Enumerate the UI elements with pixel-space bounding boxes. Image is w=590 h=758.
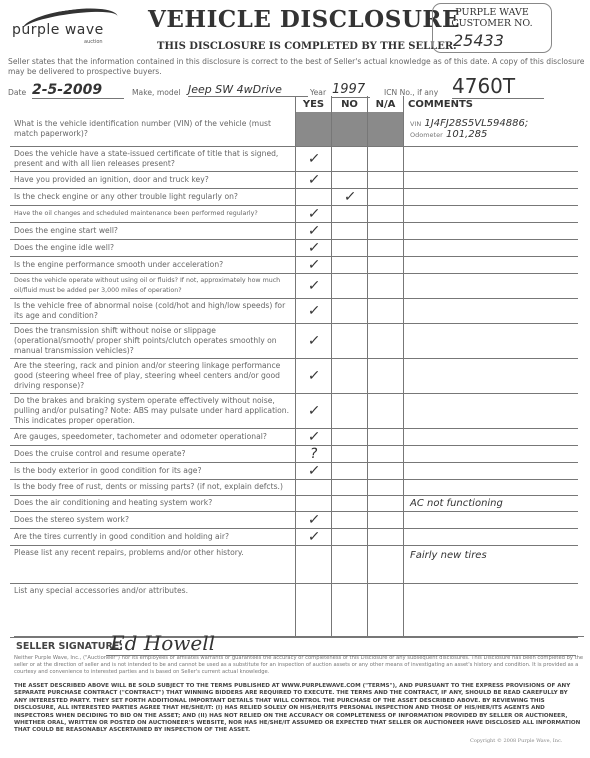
table-row: Have you provided an ignition, door and … — [10, 171, 578, 188]
answer-cell-na[interactable] — [368, 528, 404, 545]
make-model-field[interactable]: Jeep SW 4wDrive — [188, 83, 308, 97]
copyright: Copyright © 2008 Purple Wave, Inc. — [470, 738, 562, 744]
question-text: Is the engine performance smooth under a… — [10, 256, 296, 273]
comment-cell[interactable]: VIN 1J4FJ28S5VL594886;Odometer 101,285 — [404, 112, 579, 146]
question-text: Does the cruise control and resume opera… — [10, 445, 296, 462]
question-text: Please list any recent repairs, problems… — [10, 545, 296, 583]
answer-cell-na[interactable] — [368, 479, 404, 495]
answer-cell-no[interactable] — [332, 495, 368, 511]
answer-cell-yes[interactable] — [296, 495, 332, 511]
table-row: Does the air conditioning and heating sy… — [10, 495, 578, 511]
answer-cell-yes[interactable] — [296, 188, 332, 205]
comment-cell[interactable]: AC not functioning — [404, 495, 579, 511]
answer-cell-no[interactable] — [332, 545, 368, 583]
comment-cell[interactable] — [404, 298, 579, 323]
table-row: Is the body exterior in good condition f… — [10, 462, 578, 479]
answer-cell-yes[interactable]: ✓ — [296, 273, 332, 298]
answer-cell-na[interactable] — [368, 188, 404, 205]
question-text: Is the vehicle free of abnormal noise (c… — [10, 298, 296, 323]
answer-cell-na[interactable] — [368, 445, 404, 462]
question-text: Are the tires currently in good conditio… — [10, 528, 296, 545]
signature-label: SELLER SIGNATURE: — [16, 641, 123, 652]
check-mark-icon: ✓ — [307, 303, 321, 319]
answer-cell-yes[interactable] — [296, 479, 332, 495]
signature-field[interactable]: Ed Howell — [110, 631, 215, 655]
answer-cell-yes[interactable]: ✓ — [296, 171, 332, 188]
question-text: Does the engine idle well? — [10, 239, 296, 256]
answer-cell-yes[interactable]: ✓ — [296, 222, 332, 239]
answer-cell-yes[interactable] — [296, 112, 332, 146]
check-mark-icon: ✓ — [307, 429, 321, 445]
table-row: Does the stereo system work?✓ — [10, 511, 578, 528]
answer-cell-na[interactable] — [368, 146, 404, 171]
answer-cell-yes[interactable]: ✓ — [296, 205, 332, 222]
answer-cell-yes[interactable]: ✓ — [296, 323, 332, 358]
answer-cell-no[interactable]: ✓ — [332, 188, 368, 205]
answer-cell-no[interactable] — [332, 205, 368, 222]
question-text: Are the steering, rack and pinion and/or… — [10, 358, 296, 393]
header-yes: YES — [296, 96, 332, 112]
question-text: Is the body exterior in good condition f… — [10, 462, 296, 479]
check-mark-icon: ✓ — [307, 368, 321, 384]
answer-cell-na[interactable] — [368, 171, 404, 188]
customer-box-label-1: PURPLE WAVE — [433, 7, 551, 18]
comment-text: Fairly new tires — [410, 550, 487, 561]
comment-cell[interactable] — [404, 222, 579, 239]
answer-cell-yes[interactable] — [296, 545, 332, 583]
answer-cell-no[interactable] — [332, 146, 368, 171]
answer-cell-no[interactable] — [332, 583, 368, 637]
check-mark-icon: ✓ — [307, 172, 321, 188]
page-subtitle: THIS DISCLOSURE IS COMPLETED BY THE SELL… — [157, 41, 457, 52]
answer-cell-no[interactable] — [332, 171, 368, 188]
comment-cell[interactable] — [404, 358, 579, 393]
question-text: Have you provided an ignition, door and … — [10, 171, 296, 188]
answer-cell-yes[interactable]: ✓ — [296, 462, 332, 479]
odometer-field[interactable]: 101,285 — [446, 129, 487, 140]
comment-cell[interactable] — [404, 256, 579, 273]
question-text: Does the stereo system work? — [10, 511, 296, 528]
comment-cell[interactable] — [404, 323, 579, 358]
logo-subtext: auction — [84, 39, 103, 45]
answer-cell-no[interactable] — [332, 511, 368, 528]
comment-cell[interactable] — [404, 479, 579, 495]
table-row: What is the vehicle identification numbe… — [10, 112, 578, 146]
answer-cell-no[interactable] — [332, 239, 368, 256]
answer-cell-no[interactable] — [332, 112, 368, 146]
question-text: Does the engine start well? — [10, 222, 296, 239]
answer-cell-na[interactable] — [368, 222, 404, 239]
comment-cell[interactable] — [404, 583, 579, 637]
disclosure-table: YES NO N/A COMMENTS What is the vehicle … — [10, 96, 578, 638]
answer-cell-no[interactable] — [332, 358, 368, 393]
question-text: Does the transmission shift without nois… — [10, 323, 296, 358]
answer-cell-no[interactable] — [332, 222, 368, 239]
check-mark-icon: ✓ — [307, 529, 321, 545]
table-row: Is the vehicle free of abnormal noise (c… — [10, 298, 578, 323]
comment-cell[interactable] — [404, 171, 579, 188]
table-row: Have the oil changes and scheduled maint… — [10, 205, 578, 222]
table-row: Is the check engine or any other trouble… — [10, 188, 578, 205]
table-row: List any special accessories and/or attr… — [10, 583, 578, 637]
odometer-label: Odometer — [410, 131, 443, 139]
table-row: Does the engine start well?✓ — [10, 222, 578, 239]
answer-cell-na[interactable] — [368, 358, 404, 393]
answer-cell-yes[interactable]: ✓ — [296, 298, 332, 323]
answer-cell-yes[interactable]: ✓ — [296, 528, 332, 545]
answer-cell-no[interactable] — [332, 298, 368, 323]
table-row: Does the vehicle have a state-issued cer… — [10, 146, 578, 171]
customer-box-label-2: CUSTOMER NO. — [433, 18, 551, 29]
header-comments: COMMENTS — [404, 96, 579, 112]
answer-cell-na[interactable] — [368, 205, 404, 222]
answer-cell-yes[interactable]: ✓ — [296, 239, 332, 256]
customer-number-box: PURPLE WAVE CUSTOMER NO. 25433 — [432, 3, 552, 53]
comment-cell[interactable] — [404, 511, 579, 528]
table-row: Are the tires currently in good conditio… — [10, 528, 578, 545]
answer-cell-na[interactable] — [368, 545, 404, 583]
question-text: Do the brakes and braking system operate… — [10, 393, 296, 428]
comment-cell[interactable] — [404, 528, 579, 545]
comment-cell[interactable] — [404, 188, 579, 205]
answer-cell-na[interactable] — [368, 511, 404, 528]
terms-text: THE ASSET DESCRIBED ABOVE WILL BE SOLD S… — [14, 683, 582, 735]
comment-cell[interactable] — [404, 205, 579, 222]
table-row: Does the transmission shift without nois… — [10, 323, 578, 358]
table-row: Does the vehicle operate without using o… — [10, 273, 578, 298]
vin-field[interactable]: 1J4FJ28S5VL594886; — [424, 118, 528, 129]
answer-cell-yes[interactable]: ✓ — [296, 428, 332, 445]
purple-wave-logo: purple wave auction — [8, 8, 118, 48]
question-text: Does the vehicle have a state-issued cer… — [10, 146, 296, 171]
header-no: NO — [332, 96, 368, 112]
question-text: Have the oil changes and scheduled maint… — [10, 205, 296, 222]
customer-number-field[interactable]: 25433 — [453, 31, 504, 50]
answer-cell-no[interactable] — [332, 393, 368, 428]
answer-cell-na[interactable] — [368, 393, 404, 428]
answer-cell-yes[interactable]: ✓ — [296, 358, 332, 393]
table-row: Are the steering, rack and pinion and/or… — [10, 358, 578, 393]
table-row: Do the brakes and braking system operate… — [10, 393, 578, 428]
question-text: List any special accessories and/or attr… — [10, 583, 296, 637]
question-text: What is the vehicle identification numbe… — [10, 112, 296, 146]
answer-cell-yes[interactable]: ✓ — [296, 393, 332, 428]
answer-cell-na[interactable] — [368, 298, 404, 323]
answer-cell-na[interactable] — [368, 495, 404, 511]
disclaimer-text: Neither Purple Wave, Inc., ("Auctioneer"… — [14, 655, 584, 676]
answer-cell-no[interactable] — [332, 462, 368, 479]
vin-label: VIN — [410, 120, 421, 128]
answer-cell-no[interactable] — [332, 445, 368, 462]
table-row: Is the body free of rust, dents or missi… — [10, 479, 578, 495]
comment-cell[interactable] — [404, 445, 579, 462]
answer-cell-no[interactable] — [332, 528, 368, 545]
header-na: N/A — [368, 96, 404, 112]
comment-text: AC not functioning — [410, 498, 503, 509]
answer-cell-yes[interactable]: ✓ — [296, 146, 332, 171]
answer-cell-na[interactable] — [368, 273, 404, 298]
question-text: Are gauges, speedometer, tachometer and … — [10, 428, 296, 445]
answer-cell-no[interactable] — [332, 323, 368, 358]
check-mark-icon: ✓ — [307, 223, 321, 239]
table-row: Does the cruise control and resume opera… — [10, 445, 578, 462]
answer-cell-no[interactable] — [332, 273, 368, 298]
check-mark-icon: ✓ — [307, 151, 321, 167]
check-mark-icon: ✓ — [307, 206, 321, 222]
question-text: Is the body free of rust, dents or missi… — [10, 479, 296, 495]
answer-cell-na[interactable] — [368, 323, 404, 358]
table-row: Is the engine performance smooth under a… — [10, 256, 578, 273]
answer-cell-na[interactable] — [368, 428, 404, 445]
question-text: Does the vehicle operate without using o… — [10, 273, 296, 298]
question-text: Is the check engine or any other trouble… — [10, 188, 296, 205]
answer-cell-na[interactable] — [368, 462, 404, 479]
check-mark-icon: ✓ — [307, 333, 321, 349]
answer-cell-no[interactable] — [332, 256, 368, 273]
table-row: Please list any recent repairs, problems… — [10, 545, 578, 583]
comment-cell[interactable] — [404, 393, 579, 428]
check-mark-icon: ✓ — [307, 463, 321, 479]
answer-cell-yes[interactable]: ? — [296, 445, 332, 462]
answer-cell-yes[interactable] — [296, 583, 332, 637]
table-row: Does the engine idle well?✓ — [10, 239, 578, 256]
comment-cell[interactable] — [404, 428, 579, 445]
comment-cell[interactable]: Fairly new tires — [404, 545, 579, 583]
answer-cell-na[interactable] — [368, 112, 404, 146]
answer-cell-yes[interactable]: ✓ — [296, 511, 332, 528]
seller-signature-section: SELLER SIGNATURE: Ed Howell — [14, 636, 584, 657]
check-mark-icon: ✓ — [307, 403, 321, 419]
question-mark: ? — [309, 446, 319, 462]
comment-cell[interactable] — [404, 146, 579, 171]
check-mark-icon: ✓ — [307, 257, 321, 273]
answer-cell-na[interactable] — [368, 583, 404, 637]
comment-cell[interactable] — [404, 462, 579, 479]
table-header-row: YES NO N/A COMMENTS — [10, 96, 578, 112]
comment-cell[interactable] — [404, 239, 579, 256]
answer-cell-na[interactable] — [368, 239, 404, 256]
comment-cell[interactable] — [404, 273, 579, 298]
answer-cell-no[interactable] — [332, 428, 368, 445]
answer-cell-na[interactable] — [368, 256, 404, 273]
logo-text: purple wave — [12, 22, 104, 38]
check-mark-icon: ✓ — [307, 240, 321, 256]
check-mark-icon: ✓ — [343, 189, 357, 205]
question-text: Does the air conditioning and heating sy… — [10, 495, 296, 511]
table-row: Are gauges, speedometer, tachometer and … — [10, 428, 578, 445]
answer-cell-no[interactable] — [332, 479, 368, 495]
answer-cell-yes[interactable]: ✓ — [296, 256, 332, 273]
check-mark-icon: ✓ — [307, 278, 321, 294]
page-title: VEHICLE DISCLOSURE — [148, 6, 460, 33]
check-mark-icon: ✓ — [307, 512, 321, 528]
